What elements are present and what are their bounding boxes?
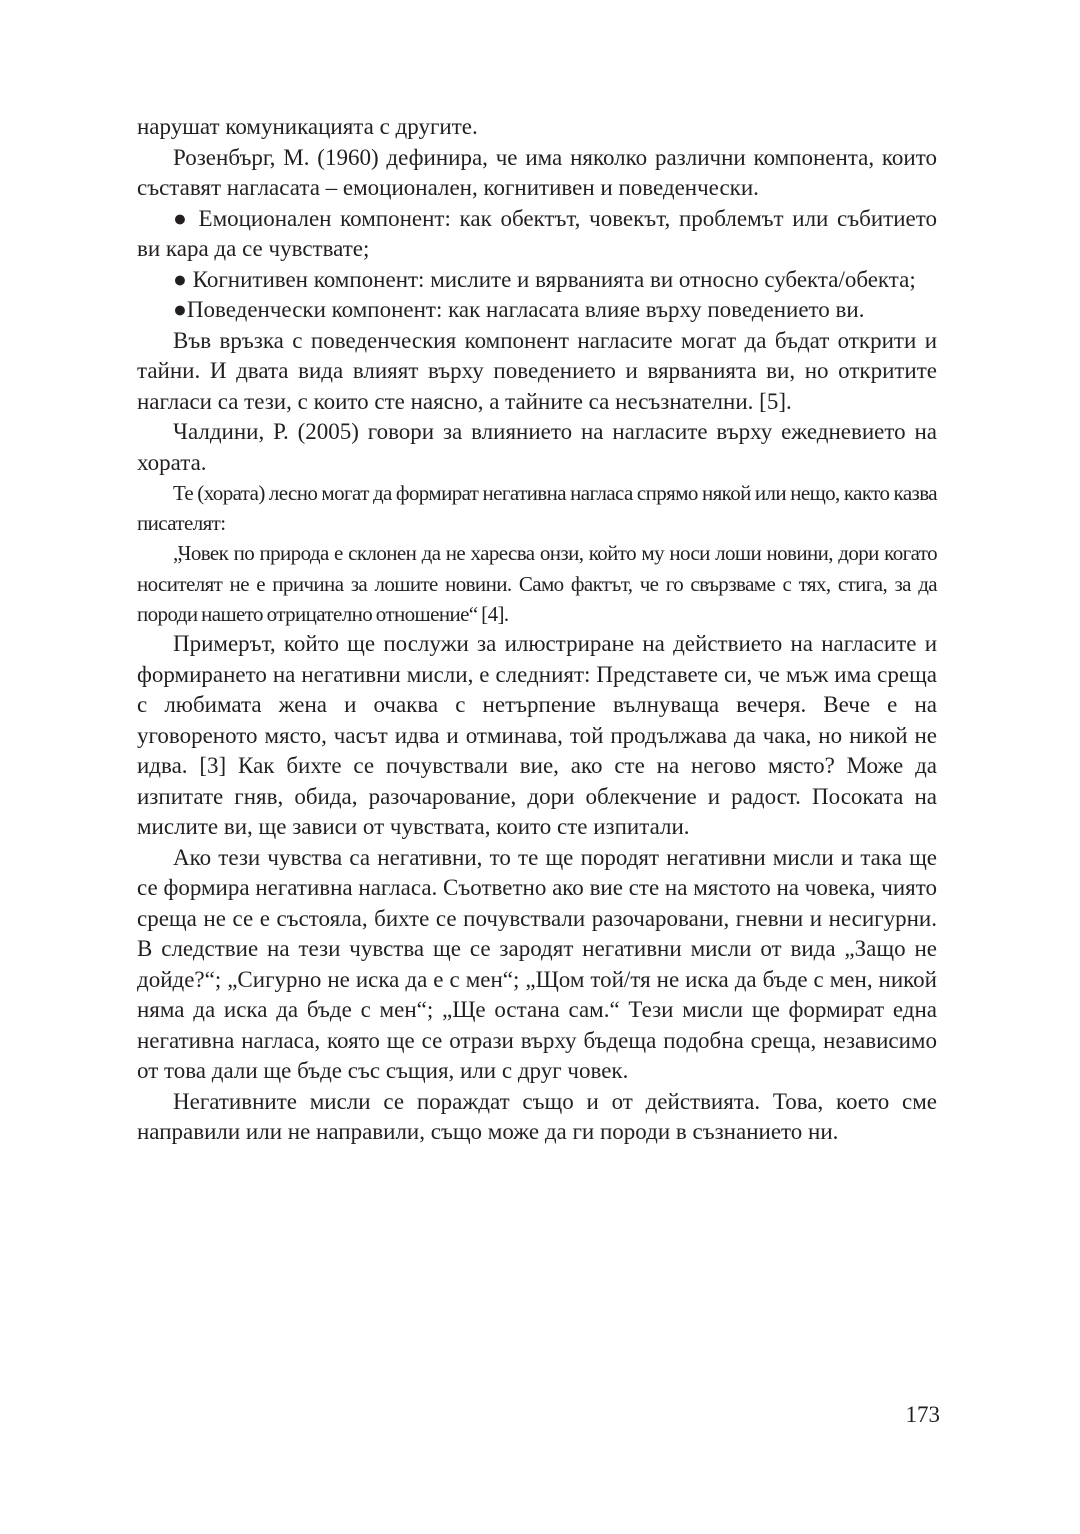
paragraph-continuation: нарушат комуникацията с другите. <box>137 112 937 143</box>
paragraph-rosenberg: Розенбърг, М. (1960) дефинира, че има ня… <box>137 143 937 204</box>
page-body: нарушат комуникацията с другите. Розенбъ… <box>137 112 937 1148</box>
bullet-cognitive-component: ● Когнитивен компонент: мислите и вярван… <box>137 265 937 296</box>
paragraph-negative-feelings: Ако тези чувства са негативни, то те ще … <box>137 843 937 1087</box>
paragraph-cialdini: Чалдини, Р. (2005) говори за влиянието н… <box>137 417 937 478</box>
paragraph-example: Примерът, който ще послужи за илюстриран… <box>137 629 937 843</box>
paragraph-open-hidden-attitudes: Във връзка с поведенческия компонент наг… <box>137 326 937 418</box>
page-number: 173 <box>880 1402 940 1428</box>
bullet-emotional-component: ● Емоционален компонент: как обектът, чо… <box>137 204 937 265</box>
paragraph-people-form-attitude: Те (хората) лесно могат да формират нега… <box>137 478 937 538</box>
bullet-behavioral-component: ●Поведенчески компонент: как нагласата в… <box>137 295 937 326</box>
paragraph-actions: Негативните мисли се пораждат също и от … <box>137 1087 937 1148</box>
block-quote: „Човек по природа е склонен да не харесв… <box>137 538 937 629</box>
